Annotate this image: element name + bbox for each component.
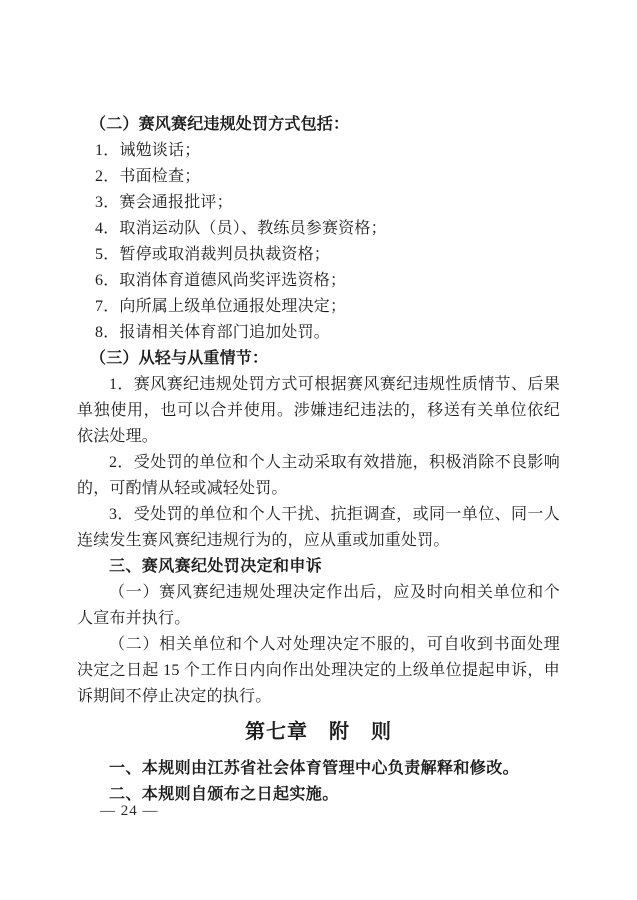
penalty-item-3: 3．赛会通报批评；: [77, 190, 560, 216]
subheading-penalty-methods: （二）赛风赛纪违规处罚方式包括：: [77, 112, 560, 138]
leniency-clause-1: 1．赛风赛纪违规处罚方式可根据赛风赛纪违规性质情节、后果单独使用，也可以合并使用…: [77, 372, 560, 450]
supplementary-clause-1: 一、本规则由江苏省社会体育管理中心负责解释和修改。: [77, 756, 560, 782]
leniency-clause-2: 2．受处罚的单位和个人主动采取有效措施，积极消除不良影响的，可酌情从轻或减轻处罚…: [77, 450, 560, 502]
penalty-item-4: 4．取消运动队（员）、教练员参赛资格；: [77, 216, 560, 242]
penalty-item-7: 7．向所属上级单位通报处理决定；: [77, 294, 560, 320]
chapter-seven-title: 第七章 附 则: [77, 717, 560, 747]
penalty-item-2: 2．书面检查；: [77, 164, 560, 190]
decision-clause-1: （一）赛风赛纪违规处理决定作出后，应及时向相关单位和个人宣布并执行。: [77, 580, 560, 632]
penalty-item-8: 8．报请相关体育部门追加处罚。: [77, 320, 560, 346]
document-page: （二）赛风赛纪违规处罚方式包括： 1．诫勉谈话； 2．书面检查； 3．赛会通报批…: [0, 0, 637, 900]
penalty-item-6: 6．取消体育道德风尚奖评选资格；: [77, 268, 560, 294]
leniency-clause-3: 3．受处罚的单位和个人干扰、抗拒调查，或同一单位、同一人连续发生赛风赛纪违规行为…: [77, 502, 560, 554]
penalty-item-5: 5．暂停或取消裁判员执裁资格；: [77, 242, 560, 268]
heading-decision-appeal: 三、赛风赛纪处罚决定和申诉: [77, 554, 560, 580]
penalty-item-1: 1．诫勉谈话；: [77, 138, 560, 164]
decision-clause-2: （二）相关单位和个人对处理决定不服的，可自收到书面处理决定之日起 15 个工作日…: [77, 632, 560, 710]
page-number: — 24 —: [100, 798, 159, 824]
document-body: （二）赛风赛纪违规处罚方式包括： 1．诫勉谈话； 2．书面检查； 3．赛会通报批…: [77, 112, 560, 808]
subheading-leniency-severity: （三）从轻与从重情节：: [77, 346, 560, 372]
